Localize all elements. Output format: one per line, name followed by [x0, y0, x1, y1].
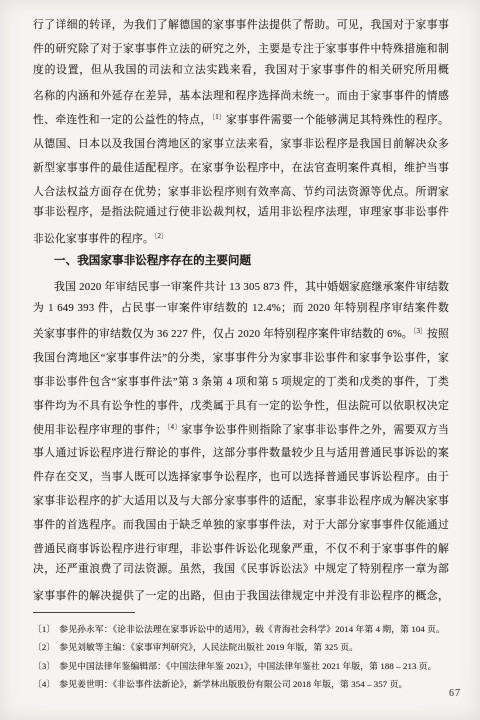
- footnote-reference: 〔4〕: [167, 423, 182, 431]
- text-line: 行了详细的转译，为我们了解德国的家事事件法提供了帮助。可见，我国对于家事事: [33, 11, 449, 35]
- text-line: 为 1 649 393 件，占民事一审案件审结数的 12.4%；而 2020 年…: [33, 297, 449, 321]
- line-text: 行了详细的转译，为我们了解德国的家事事件法提供了帮助。可见，我国对于家事事: [33, 19, 449, 31]
- document-page: 行了详细的转译，为我们了解德国的家事事件法提供了帮助。可见，我国对于家事事件的研…: [0, 0, 480, 720]
- line-text: 家事争讼事件则指除了家事非讼事件之外，需要双方当: [181, 424, 449, 436]
- footnote-item: 〔4〕 参见姜世明：《非讼事件法新论》，新学林出版股份有限公司 2018 年版，…: [33, 675, 449, 693]
- footnote-item: 〔3〕 参见中国法律年鉴编辑部：《中国法律年鉴 2021》，中国法律年鉴社 20…: [33, 657, 449, 675]
- text-line: 事件的首选程序。而我国由于缺乏单独的家事事件法，对于大部分家事事件仅能通过: [33, 511, 449, 535]
- line-text: 关家事事件的审结数仅为 36 227 件，仅占 2020 年特别程序案件审结数的…: [33, 328, 413, 340]
- text-line: 事件均为不具有讼争性的事件，戊类属于具有一定的讼争性，但法院可以依职权决定: [33, 392, 449, 416]
- footnote-marker: 〔1〕: [33, 620, 55, 638]
- footnote-reference: 〔3〕: [413, 327, 427, 335]
- line-text: 我国 2020 年审结民事一审案件共计 13 305 873 件，其中婚姻家庭继…: [54, 281, 449, 293]
- text-line: 事非讼程序，是指法院通过行使非讼裁判权，适用非讼程序法理，审理家事非讼事件及: [33, 201, 449, 225]
- line-text: 事件均为不具有讼争性的事件，戊类属于具有一定的讼争性，但法院可以依职权决定: [33, 400, 449, 412]
- line-text: 名称的内涵和外延存在差异，基本法理和程序选择尚未统一。而由于家事事件的情感: [33, 90, 449, 102]
- line-text: 家事事件需要一个能够满足其特殊性的程序。: [226, 114, 449, 126]
- line-text: 使用非讼程序审理的事件；: [33, 424, 167, 436]
- line-text: 事件的首选程序。而我国由于缺乏单独的家事事件法，对于大部分家事事件仅能通过: [33, 519, 449, 531]
- text-line: 家事事件的解决提供了一定的出路，但由于我国法律规定中并没有非讼程序的概念，: [33, 582, 449, 606]
- line-text: 普通民商事诉讼程序进行审理，非讼事件诉讼化现象严重，不仅不利于家事事件的解: [33, 543, 449, 555]
- text-line: 普通民商事诉讼程序进行审理，非讼事件诉讼化现象严重，不仅不利于家事事件的解: [33, 535, 449, 559]
- line-text: 按照: [427, 328, 449, 340]
- text-line: 新型家事事件的最佳适配程序。在家事争讼程序中，在法官查明案件真相，维护当事: [33, 154, 449, 178]
- footnote-text: 参见刘敏等主编：《家事审判研究》，人民法院出版社 2019 年版，第 325 页…: [59, 638, 449, 656]
- line-text: 事非讼事件包含“家事事件法”第 3 条第 4 项和第 5 项规定的丁类和戊类的事…: [33, 376, 449, 388]
- line-text: 事非讼程序，是指法院通过行使非讼裁判权，适用非讼程序法理，审理家事非讼事件及: [33, 206, 449, 225]
- line-text: 决，还严重浪费了司法资源。虽然，我国《民事诉讼法》中规定了特别程序一章为部分: [33, 563, 449, 582]
- footnote-divider: [33, 612, 135, 613]
- text-line: 我国 2020 年审结民事一审案件共计 13 305 873 件，其中婚姻家庭继…: [33, 273, 449, 297]
- text-line: 件的研究除了对于家事事件立法的研究之外，主要是专注于家事事件中特殊措施和制: [33, 35, 449, 59]
- line-text: 从德国、日本以及我国台湾地区的家事立法来看，家事非讼程序是我国目前解决众多: [33, 138, 449, 150]
- text-line: 使用非讼程序审理的事件；〔4〕家事争讼事件则指除了家事非讼事件之外，需要双方当: [33, 416, 449, 440]
- text-line: 事人通过诉讼程序进行辩论的事件，这部分事件数量较少且与适用普通民事诉讼的案: [33, 439, 449, 463]
- footnote-text: 参见姜世明：《非讼事件法新论》，新学林出版股份有限公司 2018 年版，第 35…: [59, 675, 449, 693]
- text-line: 事非讼事件包含“家事事件法”第 3 条第 4 项和第 5 项规定的丁类和戊类的事…: [33, 368, 449, 392]
- footnote-reference: 〔1〕: [212, 113, 226, 121]
- text-line: 名称的内涵和外延存在差异，基本法理和程序选择尚未统一。而由于家事事件的情感: [33, 82, 449, 106]
- text-line: 性、牵连性和一定的公益性的特点，〔1〕家事事件需要一个能够满足其特殊性的程序。: [33, 106, 449, 130]
- text-line: 家事非讼程序的扩大适用以及与大部分家事事件的适配，家事非讼程序成为解决家事: [33, 487, 449, 511]
- text-line: 件存在交叉，当事人既可以选择家事争讼程序，也可以选择普通民事诉讼程序。由于: [33, 463, 449, 487]
- line-text: 事人通过诉讼程序进行辩论的事件，这部分事件数量较少且与适用普通民事诉讼的案: [33, 447, 449, 459]
- line-text: 为 1 649 393 件，占民事一审案件审结数的 12.4%；而 2020 年…: [33, 302, 449, 321]
- section-heading: 一、我国家事非讼程序存在的主要问题: [33, 249, 449, 273]
- footnote-marker: 〔4〕: [33, 675, 55, 693]
- line-text: 家事非讼程序的扩大适用以及与大部分家事事件的适配，家事非讼程序成为解决家事: [33, 495, 449, 507]
- page-body-text: 行了详细的转译，为我们了解德国的家事事件法提供了帮助。可见，我国对于家事事件的研…: [33, 11, 449, 606]
- line-text: 件的研究除了对于家事事件立法的研究之外，主要是专注于家事事件中特殊措施和制: [33, 43, 449, 55]
- line-text: 非讼化家事事件的程序。: [33, 233, 154, 245]
- footnote-item: 〔2〕 参见刘敏等主编：《家事审判研究》，人民法院出版社 2019 年版，第 3…: [33, 638, 449, 656]
- footnote-text: 参见中国法律年鉴编辑部：《中国法律年鉴 2021》，中国法律年鉴社 2021 年…: [59, 657, 449, 675]
- line-text: 家事事件的解决提供了一定的出路，但由于我国法律规定中并没有非讼程序的概念，: [33, 590, 449, 602]
- text-line: 决，还严重浪费了司法资源。虽然，我国《民事诉讼法》中规定了特别程序一章为部分: [33, 558, 449, 582]
- paragraph-main-problems: 我国 2020 年审结民事一审案件共计 13 305 873 件，其中婚姻家庭继…: [33, 273, 449, 606]
- text-line: 关家事事件的审结数仅为 36 227 件，仅占 2020 年特别程序案件审结数的…: [33, 320, 449, 344]
- line-text: 件存在交叉，当事人既可以选择家事争讼程序，也可以选择普通民事诉讼程序。由于: [33, 471, 449, 483]
- footnote-item: 〔1〕 参见孙永军：《论非讼法理在家事诉讼中的适用》，载《青海社会科学》2014…: [33, 620, 449, 638]
- footnote-marker: 〔3〕: [33, 657, 55, 675]
- footnote-reference: 〔2〕: [154, 232, 168, 240]
- text-line: 从德国、日本以及我国台湾地区的家事立法来看，家事非讼程序是我国目前解决众多: [33, 130, 449, 154]
- paragraph-continued: 行了详细的转译，为我们了解德国的家事事件法提供了帮助。可见，我国对于家事事件的研…: [33, 11, 449, 249]
- line-text: 性、牵连性和一定的公益性的特点，: [33, 114, 212, 126]
- line-text: 人合法权益方面存在优势；家事非讼程序则有效率高、节约司法资源等优点。所谓家: [33, 186, 449, 198]
- footnotes: 〔1〕 参见孙永军：《论非讼法理在家事诉讼中的适用》，载《青海社会科学》2014…: [33, 620, 449, 694]
- text-line: 人合法权益方面存在优势；家事非讼程序则有效率高、节约司法资源等优点。所谓家: [33, 178, 449, 202]
- line-text: 度的设置，但从我国的司法和立法实践来看，我国对于家事事件的相关研究所用概念、: [33, 64, 449, 83]
- line-text: 我国台湾地区“家事事件法”的分类，家事事件分为家事非讼事件和家事争讼事件，家: [33, 352, 449, 364]
- text-line: 我国台湾地区“家事事件法”的分类，家事事件分为家事非讼事件和家事争讼事件，家: [33, 344, 449, 368]
- text-line: 非讼化家事事件的程序。〔2〕: [33, 225, 449, 249]
- text-line: 度的设置，但从我国的司法和立法实践来看，我国对于家事事件的相关研究所用概念、: [33, 59, 449, 83]
- page-number: 67: [449, 688, 461, 699]
- line-text: 新型家事事件的最佳适配程序。在家事争讼程序中，在法官查明案件真相，维护当事: [33, 162, 449, 174]
- footnote-text: 参见孙永军：《论非讼法理在家事诉讼中的适用》，载《青海社会科学》2014 年第 …: [59, 620, 449, 638]
- footnote-marker: 〔2〕: [33, 638, 55, 656]
